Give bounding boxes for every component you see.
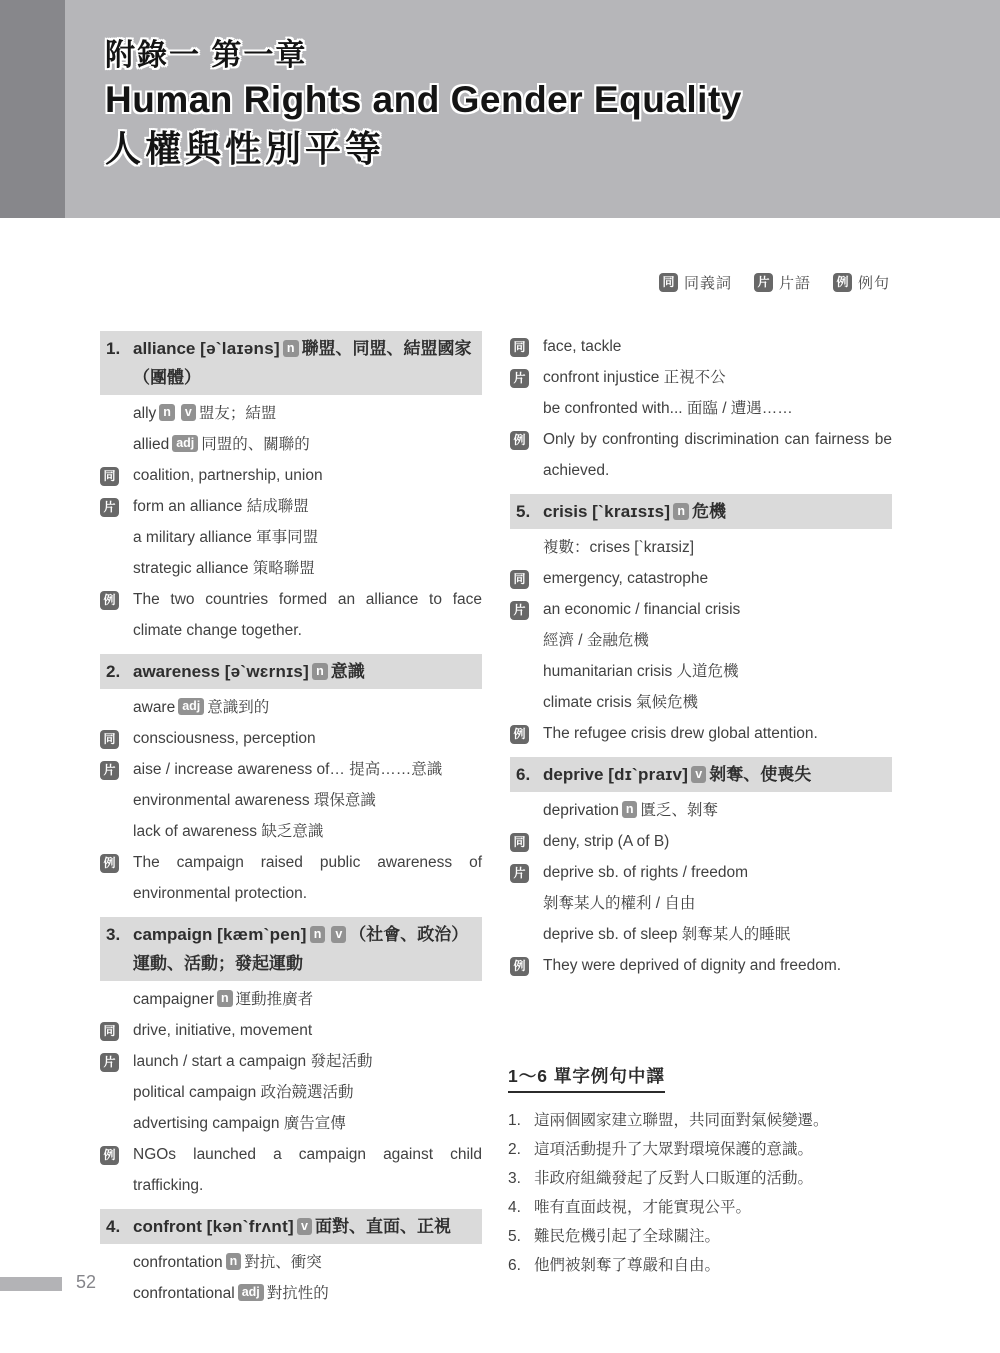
- pos-badge-n: n: [217, 990, 233, 1007]
- entry-heading: 4.confront [kən`frʌnt]v面對、直面、正視: [100, 1209, 482, 1244]
- legend-item-example: 例 例句: [833, 272, 890, 293]
- example-badge-icon: 例: [510, 725, 529, 744]
- legend-label: 例句: [858, 272, 890, 293]
- entry-definition: 意識: [331, 662, 365, 681]
- phrase-block: 片launch / start a campaign 發起活動political…: [100, 1046, 482, 1139]
- example-badge-icon: 例: [100, 1146, 119, 1165]
- example-line: The campaign raised public awareness of …: [133, 847, 482, 909]
- textbook-page: 附錄一 第一章 Human Rights and Gender Equality…: [0, 0, 1000, 1353]
- derived-word: confrontational: [133, 1285, 235, 1302]
- pos-badge-v: v: [331, 926, 346, 943]
- example-block: 例NGOs launched a campaign against child …: [100, 1139, 482, 1201]
- legend-label: 同義詞: [684, 272, 732, 293]
- chapter-title-english: Human Rights and Gender Equality: [105, 76, 1000, 124]
- translation-item: 1.這兩個國家建立聯盟，共同面對氣候變遷。: [508, 1106, 900, 1135]
- phrase-line: 經濟 / 金融危機: [543, 625, 892, 656]
- synonym-badge-icon: 同: [510, 338, 529, 357]
- example-line: Only by confronting discrimination can f…: [543, 424, 892, 486]
- derived-definition: 意識到的: [207, 699, 269, 716]
- example-block: 例They were deprived of dignity and freed…: [510, 950, 892, 981]
- phrase-line: confront injustice 正視不公: [543, 362, 892, 393]
- phrase-line: humanitarian crisis 人道危機: [543, 656, 892, 687]
- chapter-kicker: 附錄一 第一章: [105, 36, 1000, 76]
- derived-definition: 同盟的、關聯的: [201, 436, 310, 453]
- pos-badge-n: n: [622, 801, 638, 818]
- entry-definition: 危機: [692, 502, 726, 521]
- pos-badge-adj: adj: [172, 435, 198, 452]
- phrase-badge-icon: 片: [510, 601, 529, 620]
- synonym-badge-icon: 同: [510, 570, 529, 589]
- translation-item: 6.他們被剝奪了尊嚴和自由。: [508, 1251, 900, 1280]
- derived-word-row: deprivationn匱乏、剝奪: [510, 795, 892, 826]
- pos-badge-adj: adj: [238, 1284, 264, 1301]
- phrase-block: 片aise / increase awareness of… 提高……意識env…: [100, 754, 482, 847]
- synonym-badge-icon: 同: [100, 1022, 119, 1041]
- synonym-line: face, tackle: [543, 331, 892, 362]
- example-badge-icon: 例: [833, 273, 852, 292]
- derived-word: ally: [133, 405, 156, 422]
- derived-word-row: confrontationaladj對抗性的: [100, 1278, 482, 1309]
- entry-phonetic: [kən`frʌnt]: [207, 1217, 294, 1236]
- legend-item-phrase: 片 片語: [754, 272, 811, 293]
- phrase-line: political campaign 政治競選活動: [133, 1077, 482, 1108]
- phrase-line: climate crisis 氣候危機: [543, 687, 892, 718]
- translation-item-number: 4.: [508, 1193, 521, 1222]
- entry-phonetic: [ə`wɛrnɪs]: [225, 662, 309, 681]
- entry-phonetic: [ə`laɪəns]: [200, 339, 280, 358]
- entry-word: awareness: [133, 662, 225, 681]
- example-badge-icon: 例: [100, 591, 119, 610]
- entry-heading: 5.crisis [`kraɪsɪs]n危機: [510, 494, 892, 529]
- phrase-badge-icon: 片: [510, 369, 529, 388]
- pos-badge-n: n: [312, 663, 328, 680]
- translation-item-number: 5.: [508, 1222, 521, 1251]
- legend: 同 同義詞 片 片語 例 例句: [659, 272, 890, 293]
- translation-heading: 1～6 單字例句中譯: [508, 1063, 665, 1093]
- translation-item-text: 他們被剝奪了尊嚴和自由。: [534, 1257, 720, 1274]
- pos-badge-v: v: [181, 404, 196, 421]
- derived-definition: 盟友；結盟: [199, 405, 277, 422]
- page-number-bar: [0, 1277, 62, 1291]
- entry-word: alliance: [133, 339, 200, 358]
- phrase-block: 片an economic / financial crisis經濟 / 金融危機…: [510, 594, 892, 718]
- derived-word: confrontation: [133, 1254, 223, 1271]
- derived-definition: 匱乏、剝奪: [640, 802, 718, 819]
- entry-word: campaign: [133, 925, 217, 944]
- example-badge-icon: 例: [510, 957, 529, 976]
- phrase-line: launch / start a campaign 發起活動: [133, 1046, 482, 1077]
- legend-item-synonym: 同 同義詞: [659, 272, 732, 293]
- phrase-line: strategic alliance 策略聯盟: [133, 553, 482, 584]
- translation-section: 1～6 單字例句中譯 1.這兩個國家建立聯盟，共同面對氣候變遷。2.這項活動提升…: [508, 1063, 900, 1280]
- pos-badge-n: n: [673, 503, 689, 520]
- phrase-badge-icon: 片: [100, 761, 119, 780]
- entry-phonetic: [`kraɪsɪs]: [592, 502, 670, 521]
- derived-word: allied: [133, 436, 169, 453]
- entry-definition: 面對、直面、正視: [315, 1217, 451, 1236]
- phrase-line: be confronted with... 面臨 / 遭遇……: [543, 393, 892, 424]
- entry-definition: 剝奪、使喪失: [709, 765, 811, 784]
- entry-heading: 3.campaign [kæm`pen]nv（社會、政治）運動、活動；發起運動: [100, 917, 482, 981]
- phrase-line: a military alliance 軍事同盟: [133, 522, 482, 553]
- example-badge-icon: 例: [100, 854, 119, 873]
- phrase-line: aise / increase awareness of… 提高……意識: [133, 754, 482, 785]
- phrase-line: deprive sb. of rights / freedom: [543, 857, 892, 888]
- entry-heading: 1.alliance [ə`laɪəns]n聯盟、同盟、結盟國家（團體）: [100, 331, 482, 395]
- chapter-banner: 附錄一 第一章 Human Rights and Gender Equality…: [65, 0, 1000, 218]
- left-column: 1.alliance [ə`laɪəns]n聯盟、同盟、結盟國家（團體）ally…: [100, 331, 482, 1309]
- legend-label: 片語: [779, 272, 811, 293]
- phrase-line: advertising campaign 廣告宣傳: [133, 1108, 482, 1139]
- synonym-line: emergency, catastrophe: [543, 563, 892, 594]
- synonym-block: 同drive, initiative, movement: [100, 1015, 482, 1046]
- pos-badge-n: n: [283, 340, 299, 357]
- derived-word: deprivation: [543, 802, 619, 819]
- translation-item-number: 6.: [508, 1251, 521, 1280]
- example-line: The two countries formed an alliance to …: [133, 584, 482, 646]
- derived-definition: 對抗、衝突: [244, 1254, 322, 1271]
- phrase-line: deprive sb. of sleep 剝奪某人的睡眠: [543, 919, 892, 950]
- derived-word-row: awareadj意識到的: [100, 692, 482, 723]
- entry-number: 5.: [516, 497, 530, 526]
- derived-definition: 運動推廣者: [236, 991, 314, 1008]
- synonym-line: consciousness, perception: [133, 723, 482, 754]
- example-badge-icon: 例: [510, 431, 529, 450]
- derived-word: campaigner: [133, 991, 214, 1008]
- derived-definition: 對抗性的: [267, 1285, 329, 1302]
- synonym-block: 同consciousness, perception: [100, 723, 482, 754]
- pos-badge-v: v: [297, 1218, 312, 1235]
- derived-word-row: confrontationn對抗、衝突: [100, 1247, 482, 1278]
- pos-badge-n: n: [310, 926, 326, 943]
- translation-item-number: 2.: [508, 1135, 521, 1164]
- entry-phonetic: [kæm`pen]: [217, 925, 307, 944]
- phrase-line: an economic / financial crisis: [543, 594, 892, 625]
- synonym-badge-icon: 同: [510, 833, 529, 852]
- derived-word: aware: [133, 699, 175, 716]
- translation-item-text: 這兩個國家建立聯盟，共同面對氣候變遷。: [534, 1112, 829, 1129]
- translation-item: 5.難民危機引起了全球關注。: [508, 1222, 900, 1251]
- synonym-block: 同face, tackle: [510, 331, 892, 362]
- translation-item: 4.唯有直面歧視，才能實現公平。: [508, 1193, 900, 1222]
- example-line: They were deprived of dignity and freedo…: [543, 950, 892, 981]
- synonym-badge-icon: 同: [100, 730, 119, 749]
- phrase-line: form an alliance 結成聯盟: [133, 491, 482, 522]
- entry-heading: 6.deprive [dɪ`praɪv]v剝奪、使喪失: [510, 757, 892, 792]
- synonym-line: deny, strip (A of B): [543, 826, 892, 857]
- pos-badge-adj: adj: [178, 698, 204, 715]
- plural-note: 複數：crises [`kraɪsiz]: [510, 532, 892, 563]
- example-line: The refugee crisis drew global attention…: [543, 718, 892, 749]
- translation-item: 2.這項活動提升了大眾對環境保護的意識。: [508, 1135, 900, 1164]
- example-block: 例Only by confronting discrimination can …: [510, 424, 892, 486]
- derived-word-row: allynv盟友；結盟: [100, 398, 482, 429]
- phrase-line: 剝奪某人的權利 / 自由: [543, 888, 892, 919]
- translation-item-number: 1.: [508, 1106, 521, 1135]
- synonym-block: 同emergency, catastrophe: [510, 563, 892, 594]
- derived-word-row: campaignern運動推廣者: [100, 984, 482, 1015]
- example-block: 例The refugee crisis drew global attentio…: [510, 718, 892, 749]
- synonym-badge-icon: 同: [659, 273, 678, 292]
- phrase-block: 片form an alliance 結成聯盟a military allianc…: [100, 491, 482, 584]
- translation-list: 1.這兩個國家建立聯盟，共同面對氣候變遷。2.這項活動提升了大眾對環境保護的意識…: [508, 1106, 900, 1280]
- synonym-block: 同coalition, partnership, union: [100, 460, 482, 491]
- banner-side-strip: [0, 0, 65, 218]
- synonym-line: drive, initiative, movement: [133, 1015, 482, 1046]
- entry-word: deprive: [543, 765, 608, 784]
- translation-item-number: 3.: [508, 1164, 521, 1193]
- phrase-line: environmental awareness 環保意識: [133, 785, 482, 816]
- example-block: 例The two countries formed an alliance to…: [100, 584, 482, 646]
- chapter-title-chinese: 人權與性別平等: [105, 124, 1000, 174]
- translation-item-text: 唯有直面歧視，才能實現公平。: [534, 1199, 751, 1216]
- synonym-line: coalition, partnership, union: [133, 460, 482, 491]
- pos-badge-v: v: [691, 766, 706, 783]
- example-block: 例The campaign raised public awareness of…: [100, 847, 482, 909]
- translation-item-text: 難民危機引起了全球關注。: [534, 1228, 720, 1245]
- entry-heading: 2.awareness [ə`wɛrnɪs]n意識: [100, 654, 482, 689]
- entry-number: 3.: [106, 920, 120, 949]
- entry-word: crisis: [543, 502, 592, 521]
- phrase-badge-icon: 片: [754, 273, 773, 292]
- entry-number: 6.: [516, 760, 530, 789]
- derived-word-row: alliedadj同盟的、關聯的: [100, 429, 482, 460]
- page-number: 52: [76, 1272, 96, 1293]
- phrase-badge-icon: 片: [510, 864, 529, 883]
- phrase-line: lack of awareness 缺乏意識: [133, 816, 482, 847]
- phrase-block: 片deprive sb. of rights / freedom剝奪某人的權利 …: [510, 857, 892, 950]
- translation-item-text: 這項活動提升了大眾對環境保護的意識。: [534, 1141, 813, 1158]
- synonym-block: 同deny, strip (A of B): [510, 826, 892, 857]
- pos-badge-n: n: [226, 1253, 242, 1270]
- translation-item-text: 非政府組織發起了反對人口販運的活動。: [534, 1170, 813, 1187]
- entry-number: 2.: [106, 657, 120, 686]
- phrase-badge-icon: 片: [100, 1053, 119, 1072]
- entry-phonetic: [dɪ`praɪv]: [608, 765, 688, 784]
- entry-word: confront: [133, 1217, 207, 1236]
- phrase-block: 片confront injustice 正視不公be confronted wi…: [510, 362, 892, 424]
- synonym-badge-icon: 同: [100, 467, 119, 486]
- entry-number: 4.: [106, 1212, 120, 1241]
- phrase-badge-icon: 片: [100, 498, 119, 517]
- example-line: NGOs launched a campaign against child t…: [133, 1139, 482, 1201]
- pos-badge-n: n: [159, 404, 175, 421]
- entry-number: 1.: [106, 334, 120, 363]
- translation-item: 3.非政府組織發起了反對人口販運的活動。: [508, 1164, 900, 1193]
